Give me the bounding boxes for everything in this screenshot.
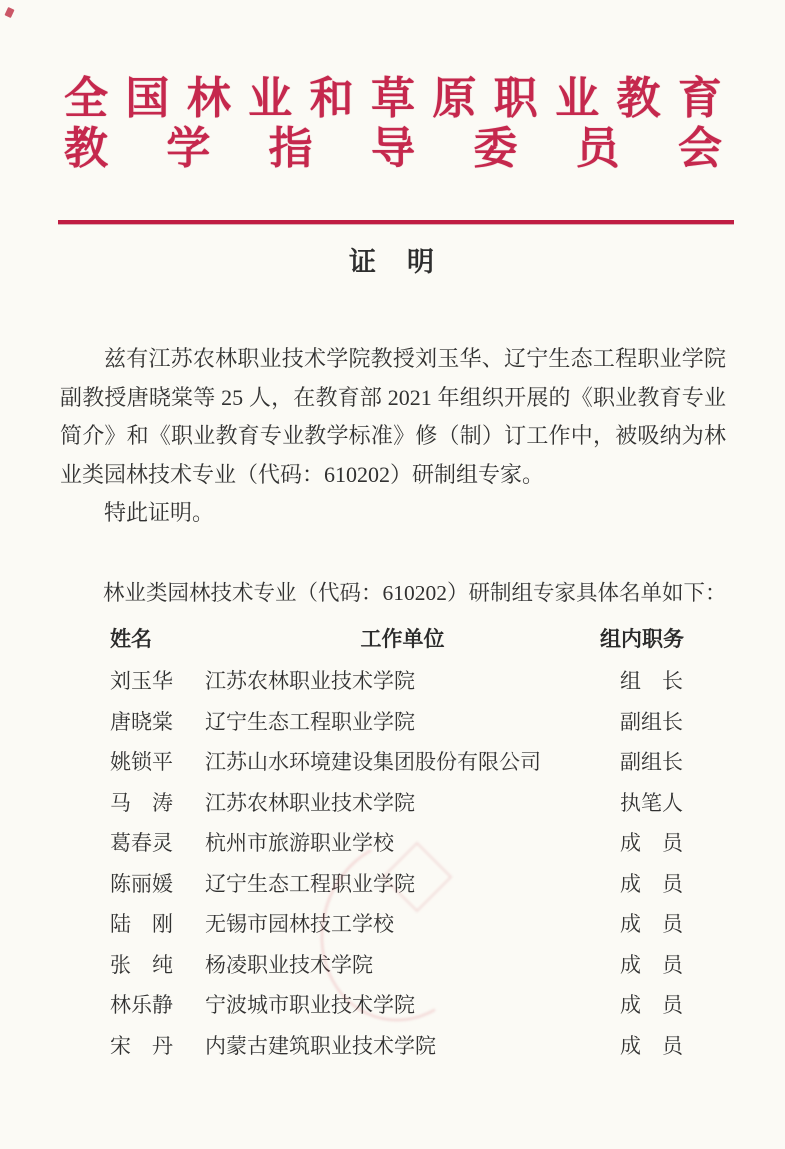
attestation-line: 特此证明。 [60, 494, 726, 533]
table-row: 唐晓棠 辽宁生态工程职业学院 副组长 [110, 701, 735, 742]
body-paragraph: 兹有江苏农林职业技术学院教授刘玉华、辽宁生态工程职业学院副教授唐晓棠等 25 人… [60, 340, 726, 494]
doc-title: 证 明 [0, 240, 785, 279]
cell-name: 陆 刚 [110, 908, 205, 938]
header-role: 组内职务 [600, 623, 735, 653]
cell-name: 陈丽媛 [110, 868, 205, 898]
cell-name: 宋 丹 [110, 1030, 205, 1060]
cell-name: 林乐静 [110, 989, 205, 1019]
cell-unit: 内蒙古建筑职业技术学院 [205, 1030, 600, 1060]
table-row: 马 涛 江苏农林职业技术学院 执笔人 [110, 782, 735, 823]
table-row: 刘玉华 江苏农林职业技术学院 组 长 [110, 660, 735, 701]
body-block: 兹有江苏农林职业技术学院教授刘玉华、辽宁生态工程职业学院副教授唐晓棠等 25 人… [60, 340, 726, 533]
cell-role: 成 员 [600, 868, 735, 898]
cell-unit: 江苏山水环境建设集团股份有限公司 [205, 746, 600, 776]
list-intro: 林业类园林技术专业（代码：610202）研制组专家具体名单如下： [60, 578, 740, 608]
cell-unit: 江苏农林职业技术学院 [205, 665, 600, 695]
cell-role: 成 员 [600, 827, 735, 857]
cell-role: 成 员 [600, 908, 735, 938]
table-row: 姚锁平 江苏山水环境建设集团股份有限公司 副组长 [110, 741, 735, 782]
table-row: 宋 丹 内蒙古建筑职业技术学院 成 员 [110, 1025, 735, 1066]
org-title-line1: 全国林业和草原职业教育 [64, 74, 722, 124]
cell-name: 刘玉华 [110, 665, 205, 695]
certificate-page: 全国林业和草原职业教育 教学指导委员会 证 明 兹有江苏农林职业技术学院教授刘玉… [0, 0, 785, 1149]
divider-rule [58, 220, 734, 224]
cell-role: 副组长 [600, 706, 735, 736]
cell-name: 姚锁平 [110, 746, 205, 776]
ink-speck [4, 7, 14, 18]
roster-header-row: 姓名 工作单位 组内职务 [110, 616, 735, 660]
header-unit: 工作单位 [205, 623, 600, 653]
cell-role: 执笔人 [600, 787, 735, 817]
header-name: 姓名 [110, 623, 205, 653]
cell-unit: 江苏农林职业技术学院 [205, 787, 600, 817]
cell-name: 张 纯 [110, 949, 205, 979]
cell-role: 成 员 [600, 949, 735, 979]
cell-role: 成 员 [600, 989, 735, 1019]
org-title: 全国林业和草原职业教育 教学指导委员会 [64, 74, 722, 174]
cell-role: 成 员 [600, 1030, 735, 1060]
cell-role: 组 长 [600, 665, 735, 695]
cell-name: 马 涛 [110, 787, 205, 817]
cell-name: 唐晓棠 [110, 706, 205, 736]
org-title-line2: 教学指导委员会 [64, 124, 722, 174]
cell-name: 葛春灵 [110, 827, 205, 857]
cell-role: 副组长 [600, 746, 735, 776]
cell-unit: 辽宁生态工程职业学院 [205, 706, 600, 736]
